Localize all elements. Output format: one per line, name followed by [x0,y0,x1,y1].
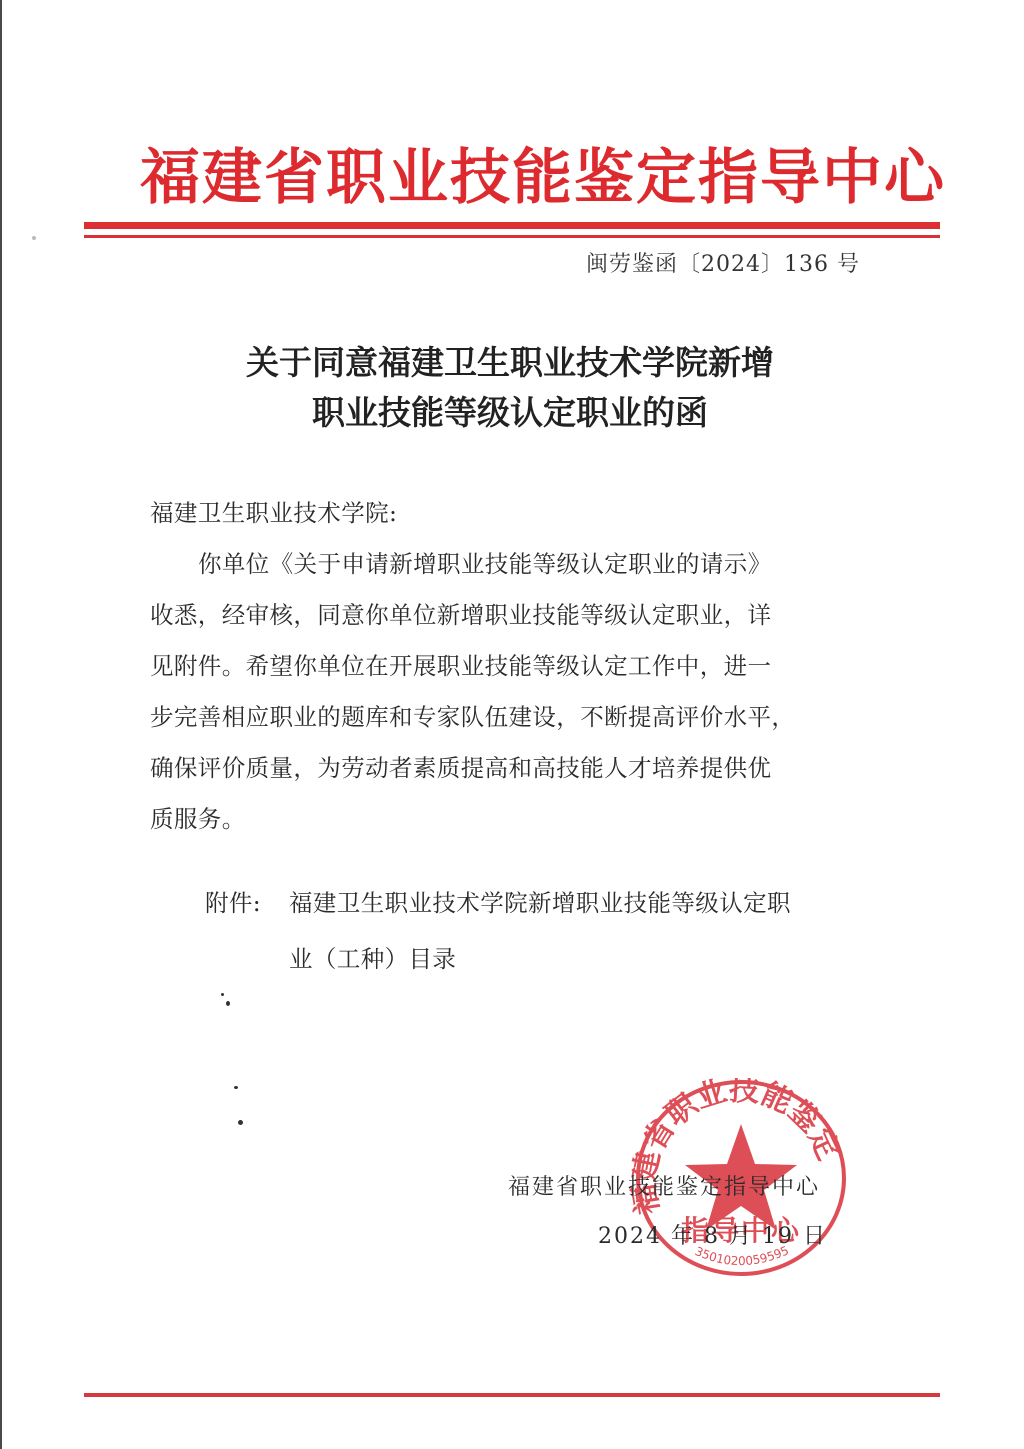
footer-rule [84,1393,940,1397]
scan-speck [238,1120,243,1125]
document-number: 闽劳鉴函〔2024〕136 号 [560,248,860,282]
signature-org: 福建省职业技能鉴定指导中心 [508,1170,820,1206]
paragraph-line: 质服务。 [150,794,890,845]
attachment-label: 附件: [205,875,289,931]
paragraph-line: 确保评价质量，为劳动者素质提高和高技能人才培养提供优 [150,743,890,794]
attachment-note: 附件:福建卫生职业技术学院新增职业技能等级认定职 业（工种）目录 [205,875,791,987]
signature-date: 2024 年 8 月 19 日 [598,1219,827,1255]
masthead-rule-thick [84,222,940,229]
document-title: 关于同意福建卫生职业技术学院新增 职业技能等级认定职业的函 [150,338,870,438]
org-masthead: 福建省职业技能鉴定指导中心 [140,138,900,218]
scan-speck [234,1086,238,1089]
attachment-line-1: 福建卫生职业技术学院新增职业技能等级认定职 [289,889,791,917]
salutation: 福建卫生职业技术学院: [150,488,890,539]
scan-speck [32,236,36,240]
attachment-line-2: 业（工种）目录 [205,931,791,987]
scan-edge [0,0,2,1449]
masthead-rule-thin [84,235,940,238]
paragraph-line: 你单位《关于申请新增职业技能等级认定职业的请示》 [150,539,890,590]
paragraph-line: 收悉，经审核，同意你单位新增职业技能等级认定职业，详 [150,590,890,641]
paragraph-line: 见附件。希望你单位在开展职业技能等级认定工作中，进一 [150,641,890,692]
title-line-2: 职业技能等级认定职业的函 [150,388,870,438]
paragraph-line: 步完善相应职业的题库和专家队伍建设，不断提高评价水平， [150,692,890,743]
body-paragraph: 你单位《关于申请新增职业技能等级认定职业的请示》 收悉，经审核，同意你单位新增职… [150,539,890,845]
scan-speck [226,1001,230,1006]
title-line-1: 关于同意福建卫生职业技术学院新增 [150,338,870,388]
scan-speck [221,993,224,996]
